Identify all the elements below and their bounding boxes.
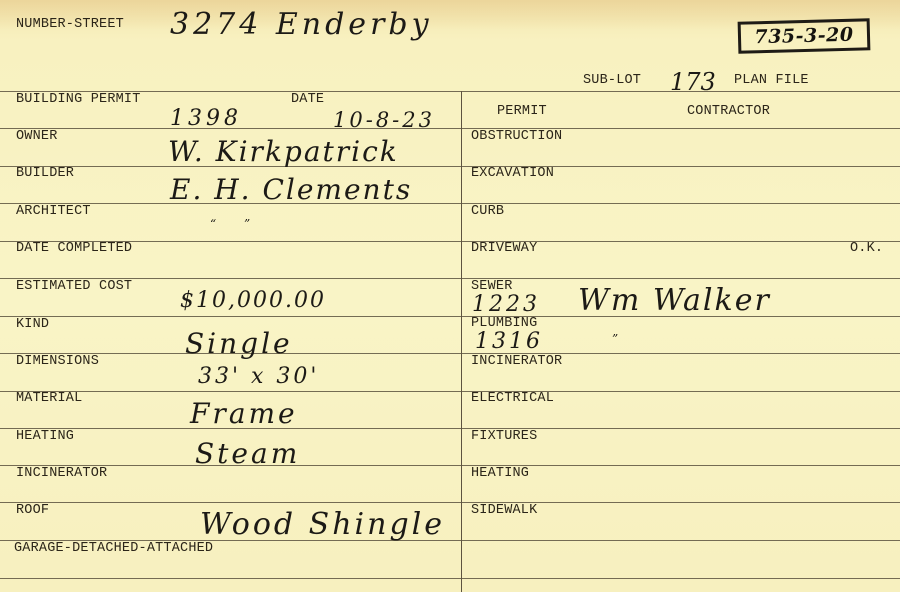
column-divider bbox=[461, 91, 462, 592]
row-divider bbox=[0, 578, 900, 579]
dimensions-label: DIMENSIONS bbox=[16, 355, 99, 369]
building-permit-label: BUILDING PERMIT bbox=[16, 93, 141, 107]
row-divider bbox=[0, 428, 900, 429]
fixtures-label: FIXTURES bbox=[471, 430, 537, 444]
sewer-permit-number: 1223 bbox=[472, 294, 540, 316]
row-divider bbox=[0, 502, 900, 503]
plumbing-permit-number: 1316 bbox=[475, 331, 543, 353]
permit-date: 10-8-23 bbox=[333, 110, 435, 131]
number-street-value: 3274 Enderby bbox=[170, 10, 433, 40]
kind-value: Single bbox=[185, 330, 293, 358]
driveway-note: O.K. bbox=[850, 242, 883, 256]
heating-value: Steam bbox=[195, 440, 300, 468]
number-street-label: NUMBER-STREET bbox=[16, 18, 124, 32]
row-divider bbox=[0, 353, 900, 354]
row-divider bbox=[0, 166, 900, 167]
heating-permit-label: HEATING bbox=[471, 467, 529, 481]
kind-label: KIND bbox=[16, 318, 49, 332]
builder-label: BUILDER bbox=[16, 167, 74, 181]
estimated-cost-label: ESTIMATED COST bbox=[16, 280, 132, 294]
architect-value: “ ” bbox=[210, 218, 262, 230]
row-divider bbox=[0, 128, 900, 129]
sewer-contractor: Wm Walker bbox=[578, 286, 771, 316]
builder-value: E. H. Clements bbox=[170, 176, 412, 204]
incinerator-permit-label: INCINERATOR bbox=[471, 355, 562, 369]
row-divider bbox=[0, 203, 900, 204]
permit-card: NUMBER-STREET 3274 Enderby 735-3-20 SUB-… bbox=[0, 0, 900, 592]
owner-label: OWNER bbox=[16, 130, 58, 144]
architect-label: ARCHITECT bbox=[16, 205, 91, 219]
building-permit-number: 1398 bbox=[170, 108, 242, 130]
dimensions-value: 33' x 30' bbox=[198, 366, 319, 388]
excavation-label: EXCAVATION bbox=[471, 167, 554, 181]
curb-label: CURB bbox=[471, 205, 504, 219]
contractor-column-header: CONTRACTOR bbox=[687, 105, 770, 119]
obstruction-label: OBSTRUCTION bbox=[471, 130, 562, 144]
plan-file-label: PLAN FILE bbox=[734, 74, 809, 88]
file-number: 735-3-20 bbox=[754, 24, 854, 49]
date-label: DATE bbox=[291, 93, 324, 107]
roof-label: ROOF bbox=[16, 504, 49, 518]
driveway-label: DRIVEWAY bbox=[471, 242, 537, 256]
file-number-stamp: 735-3-20 bbox=[738, 18, 871, 53]
row-divider bbox=[0, 465, 900, 466]
garage-label: GARAGE-DETACHED-ATTACHED bbox=[14, 542, 213, 556]
material-value: Frame bbox=[190, 400, 298, 428]
estimated-cost-value: $10,000.00 bbox=[180, 290, 326, 312]
owner-value: W. Kirkpatrick bbox=[168, 138, 399, 166]
permit-column-header: PERMIT bbox=[497, 105, 547, 119]
roof-value: Wood Shingle bbox=[200, 510, 445, 540]
sidewalk-label: SIDEWALK bbox=[471, 504, 537, 518]
row-divider bbox=[0, 241, 900, 242]
material-label: MATERIAL bbox=[16, 392, 82, 406]
row-divider bbox=[0, 391, 900, 392]
sub-lot-label: SUB-LOT bbox=[583, 74, 641, 88]
plumbing-contractor: ” bbox=[612, 333, 618, 345]
date-completed-label: DATE COMPLETED bbox=[16, 242, 132, 256]
heating-label: HEATING bbox=[16, 430, 74, 444]
row-divider bbox=[0, 278, 900, 279]
electrical-label: ELECTRICAL bbox=[471, 392, 554, 406]
incinerator-label: INCINERATOR bbox=[16, 467, 107, 481]
